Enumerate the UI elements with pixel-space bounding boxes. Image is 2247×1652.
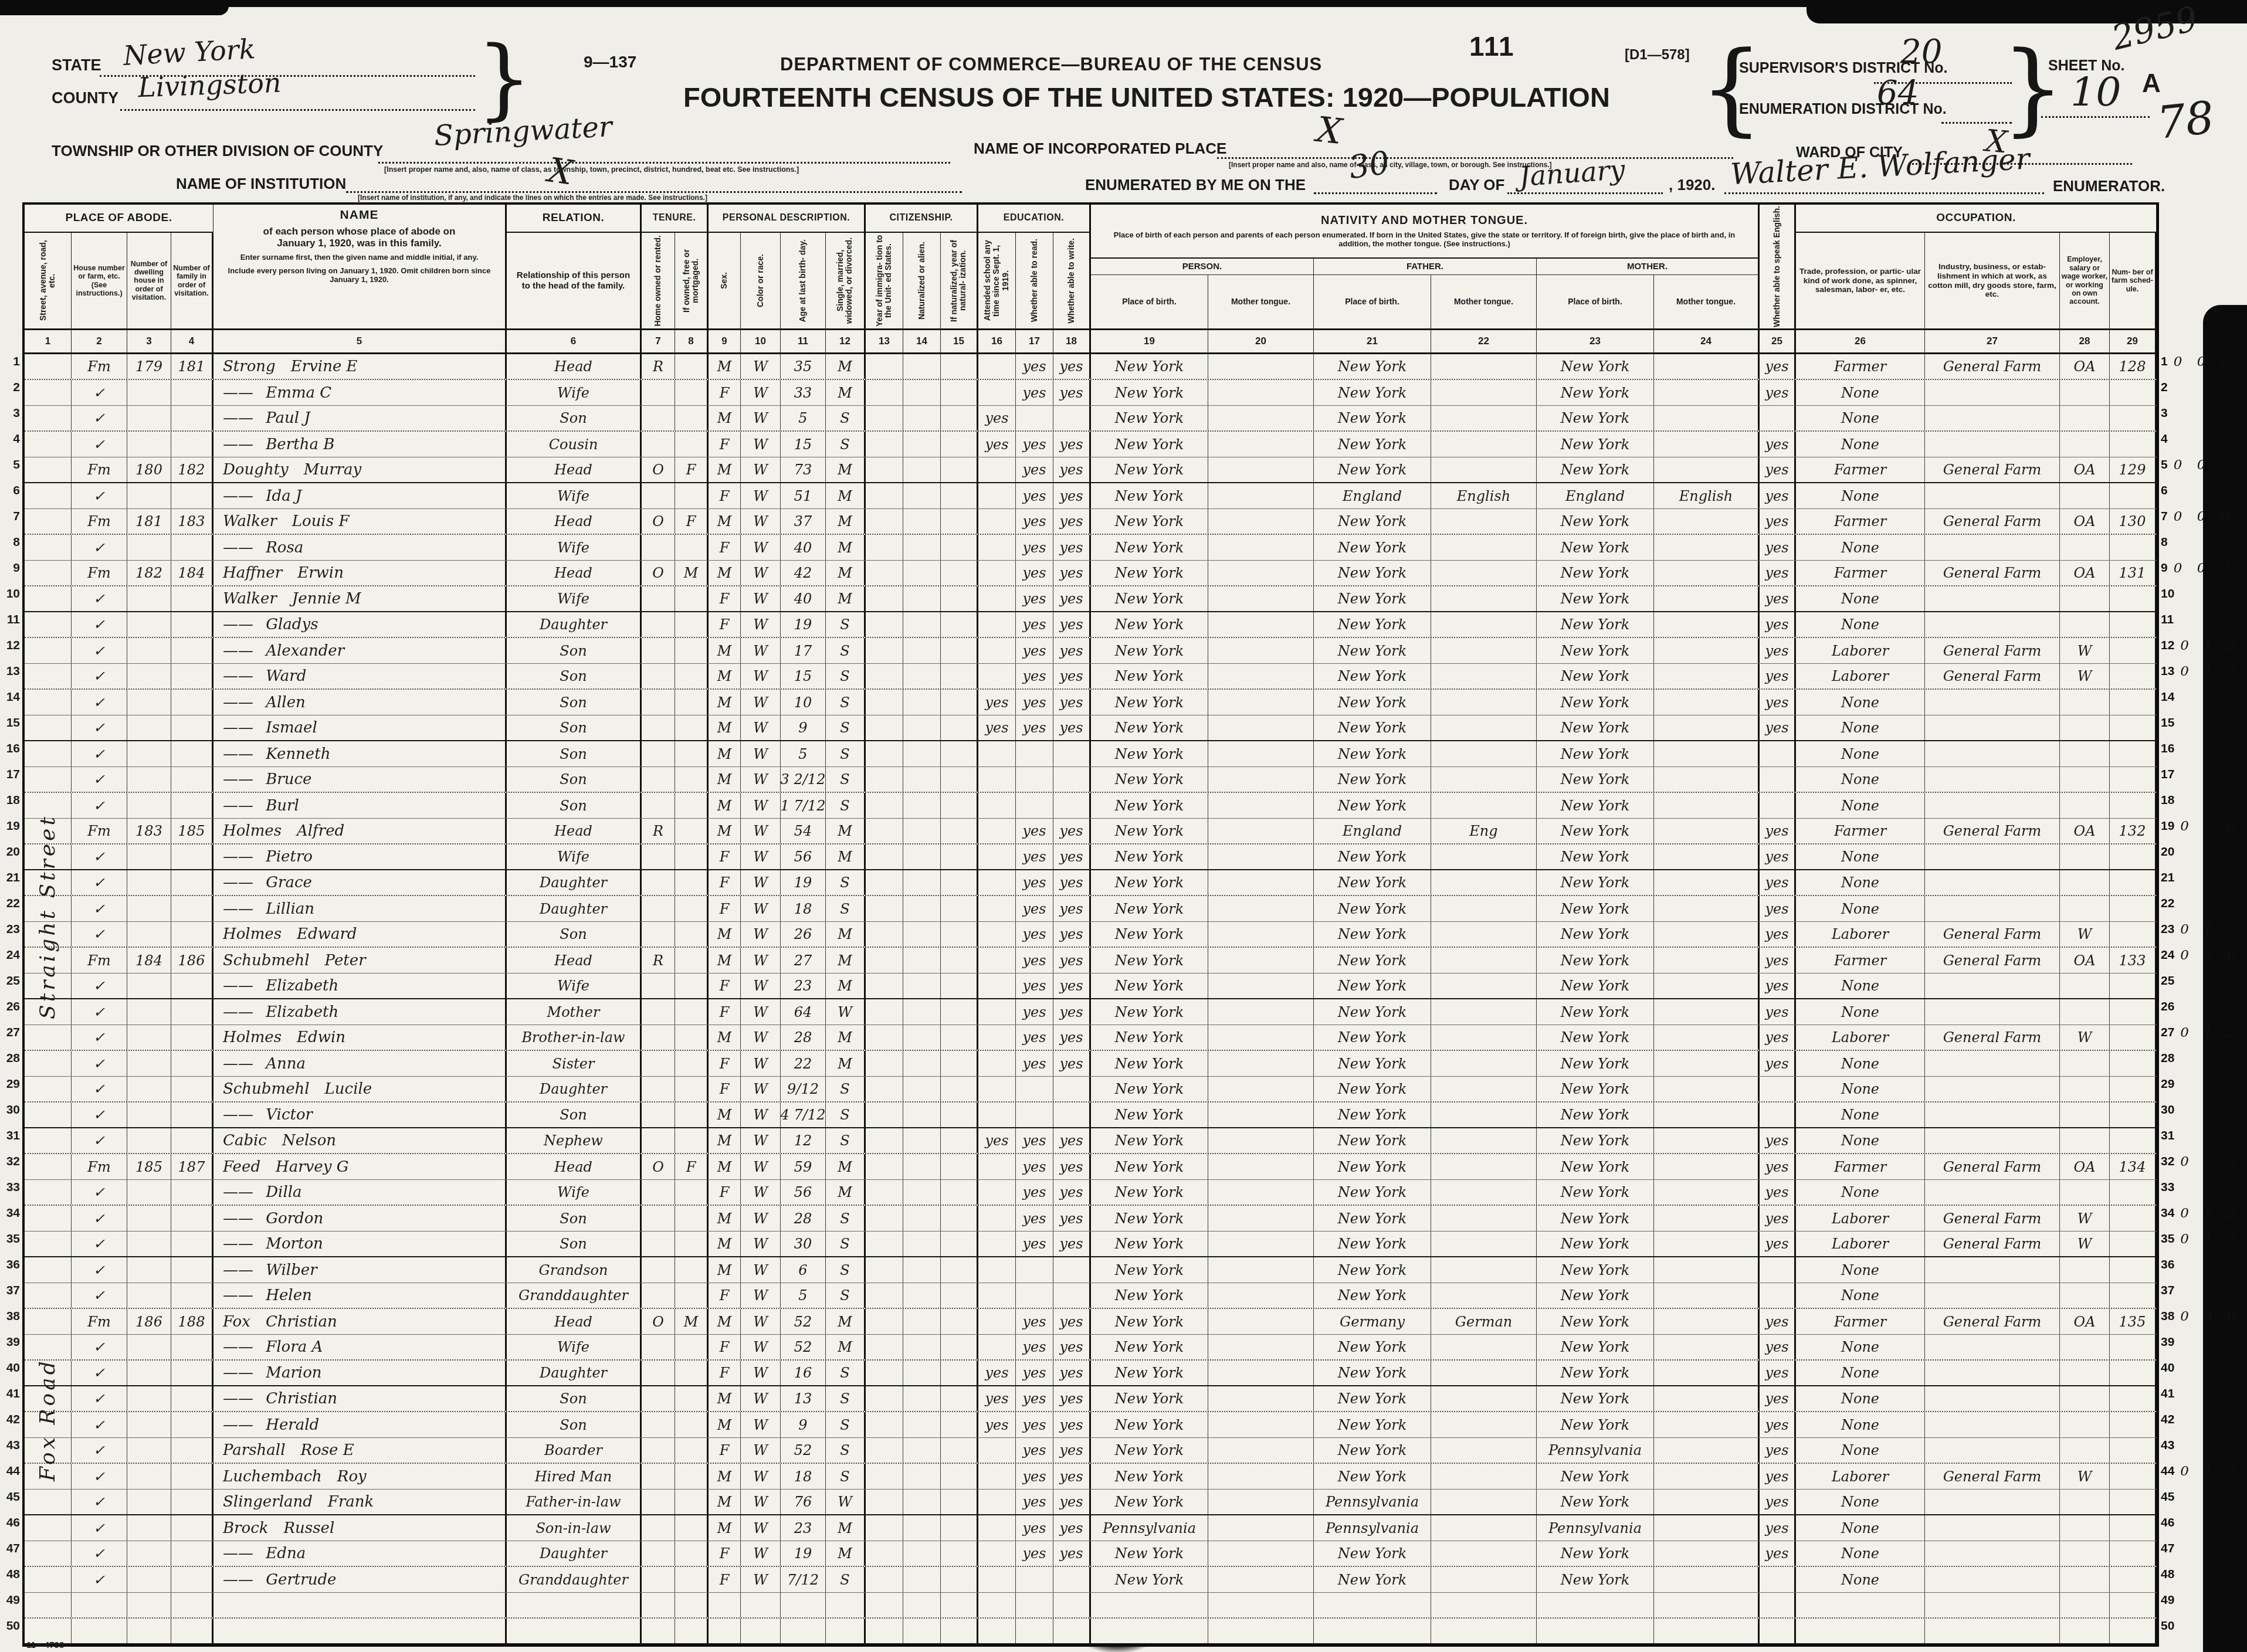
row46-col5: Brock Russel <box>213 1515 507 1541</box>
row32-col24 <box>1654 1154 1760 1179</box>
row40-col20 <box>1208 1361 1314 1385</box>
row22-col22 <box>1431 896 1537 921</box>
column-number-11: 11 <box>781 330 826 352</box>
row50-col20 <box>1208 1619 1314 1643</box>
row37-col16 <box>978 1283 1016 1308</box>
row27-col14 <box>903 1025 941 1050</box>
right-line-number-33: 33 <box>2161 1175 2174 1200</box>
row3-col11: 5 <box>781 406 826 430</box>
row22-col11: 18 <box>781 896 826 921</box>
row14-col5: —— Allen <box>213 690 507 715</box>
row44-col23: New York <box>1537 1464 1654 1489</box>
row28-col1 <box>25 1051 72 1076</box>
row29-col7 <box>642 1077 675 1101</box>
row43-col13 <box>866 1438 903 1463</box>
row46-col10: W <box>741 1515 781 1541</box>
row35-col10: W <box>741 1232 781 1256</box>
row30-col28 <box>2060 1103 2110 1127</box>
row43-col22 <box>1431 1438 1537 1463</box>
row48-col19: New York <box>1091 1567 1208 1592</box>
institution-line <box>346 191 962 193</box>
row10-col13 <box>866 586 903 611</box>
census-row-16: ✓—— KennethSonMW5SNew YorkNew YorkNew Yo… <box>25 741 2157 767</box>
row26-col9: F <box>709 999 741 1025</box>
right-line-number-32: 320 0 0 <box>2161 1149 2241 1175</box>
row26-col10: W <box>741 999 781 1025</box>
row35-col11: 30 <box>781 1232 826 1256</box>
row32-col16 <box>978 1154 1016 1179</box>
row26-col22 <box>1431 999 1537 1025</box>
row35-col16 <box>978 1232 1016 1256</box>
row43-col18: yes <box>1053 1438 1091 1463</box>
row33-col16 <box>978 1180 1016 1205</box>
row28-col24 <box>1654 1051 1760 1076</box>
row2-col9: F <box>709 380 741 405</box>
row5-col27: General Farm <box>1925 457 2060 482</box>
row34-col26: Laborer <box>1796 1206 1925 1231</box>
row7-col8: F <box>675 509 709 534</box>
row17-col21: New York <box>1314 767 1431 792</box>
row20-col9: F <box>709 844 741 869</box>
row19-col6: Head <box>507 819 642 843</box>
row29-col2: ✓ <box>72 1077 127 1101</box>
row38-col18: yes <box>1053 1309 1091 1334</box>
enumerated-day: 30 <box>1347 144 1392 186</box>
row48-col7 <box>642 1567 675 1592</box>
row47-col9: F <box>709 1541 741 1566</box>
row15-col3 <box>127 715 171 740</box>
row32-col9: M <box>709 1154 741 1179</box>
column-number-5: 5 <box>213 330 507 352</box>
row31-col26: None <box>1796 1128 1925 1153</box>
row33-col12: M <box>826 1180 866 1205</box>
row14-col1 <box>25 690 72 715</box>
row42-col25: yes <box>1760 1412 1796 1437</box>
row27-col5: Holmes Edwin <box>213 1025 507 1050</box>
right-line-number-10: 10 <box>2161 581 2174 607</box>
row33-col25: yes <box>1760 1180 1796 1205</box>
row14-col2: ✓ <box>72 690 127 715</box>
row2-col23: New York <box>1537 380 1654 405</box>
incorporated-line <box>1217 157 1733 159</box>
row14-col16: yes <box>978 690 1016 715</box>
row44-col17: yes <box>1016 1464 1053 1489</box>
right-line-number-19: 190 0 0 <box>2161 813 2241 839</box>
row16-col27 <box>1925 741 2060 766</box>
row40-col7 <box>642 1361 675 1385</box>
row21-col15 <box>941 870 978 895</box>
row46-col8 <box>675 1515 709 1541</box>
row32-col3: 185 <box>127 1154 171 1179</box>
census-row-4: ✓—— Bertha BCousinFW15SyesyesyesNew York… <box>25 432 2157 457</box>
row6-col17: yes <box>1016 483 1053 508</box>
row47-col18: yes <box>1053 1541 1091 1566</box>
row6-col7 <box>642 483 675 508</box>
census-row-11: ✓—— GladysDaughterFW19SyesyesNew YorkNew… <box>25 612 2157 638</box>
row34-col23: New York <box>1537 1206 1654 1231</box>
row4-col26: None <box>1796 432 1925 457</box>
row22-col26: None <box>1796 896 1925 921</box>
row10-col28 <box>2060 586 2110 611</box>
census-row-18: ✓—— BurlSonMW1 7/12SNew YorkNew YorkNew … <box>25 793 2157 819</box>
census-row-37: ✓—— HelenGranddaughterFW5SNew YorkNew Yo… <box>25 1283 2157 1309</box>
row34-col27: General Farm <box>1925 1206 2060 1231</box>
row22-col17: yes <box>1016 896 1053 921</box>
census-row-46: ✓Brock RusselSon-in-lawMW23MyesyesPennsy… <box>25 1515 2157 1541</box>
row7-col1 <box>25 509 72 534</box>
row4-col19: New York <box>1091 432 1208 457</box>
row12-col15 <box>941 638 978 663</box>
row25-col3 <box>127 973 171 998</box>
row44-col21: New York <box>1314 1464 1431 1489</box>
row46-col17: yes <box>1016 1515 1053 1541</box>
row2-col29 <box>2110 380 2157 405</box>
left-line-number-46: 46 <box>1 1510 20 1536</box>
row20-col6: Wife <box>507 844 642 869</box>
row35-col18: yes <box>1053 1232 1091 1256</box>
row6-col15 <box>941 483 978 508</box>
row42-col22 <box>1431 1412 1537 1437</box>
row37-col13 <box>866 1283 903 1308</box>
row26-col16 <box>978 999 1016 1025</box>
row18-col25 <box>1760 793 1796 818</box>
row30-col13 <box>866 1103 903 1127</box>
row13-col25: yes <box>1760 664 1796 688</box>
row50-col2 <box>72 1619 127 1643</box>
row18-col8 <box>675 793 709 818</box>
row2-col11: 33 <box>781 380 826 405</box>
row38-col12: M <box>826 1309 866 1334</box>
row2-col27 <box>1925 380 2060 405</box>
row37-col24 <box>1654 1283 1760 1308</box>
row7-col2: Fm <box>72 509 127 534</box>
row4-col14 <box>903 432 941 457</box>
row11-col21: New York <box>1314 612 1431 637</box>
name-title: NAME <box>340 208 379 222</box>
row30-col1 <box>25 1103 72 1127</box>
bottom-print-code: 11—4798 <box>26 1640 64 1650</box>
row24-col16 <box>978 948 1016 973</box>
row15-col10: W <box>741 715 781 740</box>
row4-col20 <box>1208 432 1314 457</box>
row48-col17 <box>1016 1567 1053 1592</box>
row10-col26: None <box>1796 586 1925 611</box>
row8-col10: W <box>741 535 781 560</box>
row6-col20 <box>1208 483 1314 508</box>
row29-col21: New York <box>1314 1077 1431 1101</box>
row28-col21: New York <box>1314 1051 1431 1076</box>
row26-col14 <box>903 999 941 1025</box>
row27-col13 <box>866 1025 903 1050</box>
row41-col17: yes <box>1016 1386 1053 1411</box>
row19-col29: 132 <box>2110 819 2157 843</box>
row11-col15 <box>941 612 978 637</box>
row7-col9: M <box>709 509 741 534</box>
row48-col14 <box>903 1567 941 1592</box>
doc-code: [D1—578] <box>1625 47 1690 63</box>
row9-col11: 42 <box>781 561 826 585</box>
row44-col29 <box>2110 1464 2157 1489</box>
row29-col29 <box>2110 1077 2157 1101</box>
row3-col29 <box>2110 406 2157 430</box>
row10-col21: New York <box>1314 586 1431 611</box>
row16-col7 <box>642 741 675 766</box>
row49-col13 <box>866 1593 903 1617</box>
row44-col16 <box>978 1464 1016 1489</box>
left-line-number-39: 39 <box>1 1329 20 1355</box>
name-note1: Enter surname first, then the given name… <box>240 253 479 262</box>
row44-col13 <box>866 1464 903 1489</box>
row9-col18: yes <box>1053 561 1091 585</box>
group-occupation: OCCUPATION. <box>1796 205 2157 233</box>
row8-col24 <box>1654 535 1760 560</box>
row13-col20 <box>1208 664 1314 688</box>
row40-col17: yes <box>1016 1361 1053 1385</box>
row26-col21: New York <box>1314 999 1431 1025</box>
district-brace-left: { <box>1700 30 1763 147</box>
row18-col12: S <box>826 793 866 818</box>
row22-col16 <box>978 896 1016 921</box>
row11-col19: New York <box>1091 612 1208 637</box>
street-name-lower: Fox Road <box>26 1304 69 1536</box>
row10-col29 <box>2110 586 2157 611</box>
row39-col25: yes <box>1760 1335 1796 1359</box>
row25-col13 <box>866 973 903 998</box>
row29-col26: None <box>1796 1077 1925 1101</box>
row24-col7: R <box>642 948 675 973</box>
col15-header: If naturalized, year of natural- ization… <box>941 233 978 329</box>
row32-col2: Fm <box>72 1154 127 1179</box>
row44-col25: yes <box>1760 1464 1796 1489</box>
row40-col25: yes <box>1760 1361 1796 1385</box>
row14-col10: W <box>741 690 781 715</box>
row19-col18: yes <box>1053 819 1091 843</box>
row20-col3 <box>127 844 171 869</box>
row22-col25: yes <box>1760 896 1796 921</box>
row26-col3 <box>127 999 171 1025</box>
row40-col3 <box>127 1361 171 1385</box>
row33-col23: New York <box>1537 1180 1654 1205</box>
row13-col24 <box>1654 664 1760 688</box>
row3-col26: None <box>1796 406 1925 430</box>
row36-col10: W <box>741 1257 781 1283</box>
row19-col23: New York <box>1537 819 1654 843</box>
row48-col26: None <box>1796 1567 1925 1592</box>
row31-col4 <box>171 1128 213 1153</box>
row8-col21: New York <box>1314 535 1431 560</box>
row25-col20 <box>1208 973 1314 998</box>
census-row-12: ✓—— AlexanderSonMW17SyesyesNew YorkNew Y… <box>25 638 2157 664</box>
row8-col1 <box>25 535 72 560</box>
row15-col2: ✓ <box>72 715 127 740</box>
row16-col8 <box>675 741 709 766</box>
row14-col8 <box>675 690 709 715</box>
row28-col28 <box>2060 1051 2110 1076</box>
row8-col13 <box>866 535 903 560</box>
row26-col28 <box>2060 999 2110 1025</box>
row7-col13 <box>866 509 903 534</box>
row21-col17: yes <box>1016 870 1053 895</box>
row17-col4 <box>171 767 213 792</box>
row22-col21: New York <box>1314 896 1431 921</box>
row48-col27 <box>1925 1567 2060 1592</box>
row30-col27 <box>1925 1103 2060 1127</box>
row8-col20 <box>1208 535 1314 560</box>
row36-col29 <box>2110 1257 2157 1283</box>
row29-col19: New York <box>1091 1077 1208 1101</box>
row14-col21: New York <box>1314 690 1431 715</box>
row32-col23: New York <box>1537 1154 1654 1179</box>
census-sheet: STATE New York COUNTY Livingston } 9—137… <box>0 0 2247 1652</box>
row24-col19: New York <box>1091 948 1208 973</box>
row10-col14 <box>903 586 941 611</box>
col26-header: Trade, profession, or partic- ular kind … <box>1796 233 1925 329</box>
row10-col18: yes <box>1053 586 1091 611</box>
row40-col21: New York <box>1314 1361 1431 1385</box>
row9-col7: O <box>642 561 675 585</box>
row27-col6: Brother-in-law <box>507 1025 642 1050</box>
row22-col24 <box>1654 896 1760 921</box>
row46-col20 <box>1208 1515 1314 1541</box>
row33-col6: Wife <box>507 1180 642 1205</box>
row41-col22 <box>1431 1386 1537 1411</box>
row7-col28: OA <box>2060 509 2110 534</box>
row10-col6: Wife <box>507 586 642 611</box>
row40-col4 <box>171 1361 213 1385</box>
row27-col19: New York <box>1091 1025 1208 1050</box>
row43-col5: Parshall Rose E <box>213 1438 507 1463</box>
census-row-45: ✓Slingerland FrankFather-in-lawMW76Wyesy… <box>25 1490 2157 1515</box>
row35-col24 <box>1654 1232 1760 1256</box>
row42-col21: New York <box>1314 1412 1431 1437</box>
row27-col22 <box>1431 1025 1537 1050</box>
row3-col16: yes <box>978 406 1016 430</box>
row5-col29: 129 <box>2110 457 2157 482</box>
row49-col24 <box>1654 1593 1760 1617</box>
row1-col20 <box>1208 354 1314 379</box>
row3-col7 <box>642 406 675 430</box>
row17-col19: New York <box>1091 767 1208 792</box>
row17-col24 <box>1654 767 1760 792</box>
row25-col15 <box>941 973 978 998</box>
row31-col25: yes <box>1760 1128 1796 1153</box>
row23-col4 <box>171 922 213 947</box>
sheet-letter: A <box>2142 69 2161 99</box>
row19-col25: yes <box>1760 819 1796 843</box>
row8-col9: F <box>709 535 741 560</box>
left-line-number-41: 41 <box>1 1381 20 1407</box>
row37-col5: —— Helen <box>213 1283 507 1308</box>
row2-col5: —— Emma C <box>213 380 507 405</box>
left-line-number-45: 45 <box>1 1484 20 1510</box>
row13-col22 <box>1431 664 1537 688</box>
row45-col28 <box>2060 1490 2110 1514</box>
row27-col23: New York <box>1537 1025 1654 1050</box>
row9-col19: New York <box>1091 561 1208 585</box>
row35-col7 <box>642 1232 675 1256</box>
row50-col9 <box>709 1619 741 1643</box>
row4-col17: yes <box>1016 432 1053 457</box>
left-line-number-8: 8 <box>1 530 20 555</box>
row34-col5: —— Gordon <box>213 1206 507 1231</box>
right-line-number-23: 230 1 2 <box>2161 917 2241 942</box>
group-education: EDUCATION. <box>978 205 1091 233</box>
row34-col14 <box>903 1206 941 1231</box>
row31-col13 <box>866 1128 903 1153</box>
sheet-extra-mark: 78 <box>2155 91 2217 149</box>
row1-col22 <box>1431 354 1537 379</box>
row20-col10: W <box>741 844 781 869</box>
row34-col18: yes <box>1053 1206 1091 1231</box>
row20-col2: ✓ <box>72 844 127 869</box>
row2-col16 <box>978 380 1016 405</box>
row5-col11: 73 <box>781 457 826 482</box>
row31-col17: yes <box>1016 1128 1053 1153</box>
row15-col9: M <box>709 715 741 740</box>
row21-col27 <box>1925 870 2060 895</box>
row13-col19: New York <box>1091 664 1208 688</box>
row7-col12: M <box>826 509 866 534</box>
row4-col1 <box>25 432 72 457</box>
row38-col16 <box>978 1309 1016 1334</box>
row39-col23: New York <box>1537 1335 1654 1359</box>
left-line-number-20: 20 <box>1 839 20 865</box>
row13-col23: New York <box>1537 664 1654 688</box>
col13-header: Year of immigra- tion to the Unit- ed St… <box>866 233 903 329</box>
row28-col9: F <box>709 1051 741 1076</box>
row24-col23: New York <box>1537 948 1654 973</box>
left-line-number-27: 27 <box>1 1020 20 1046</box>
row36-col16 <box>978 1257 1016 1283</box>
row6-col13 <box>866 483 903 508</box>
census-title: FOURTEENTH CENSUS OF THE UNITED STATES: … <box>683 81 1610 113</box>
row27-col10: W <box>741 1025 781 1050</box>
row6-col4 <box>171 483 213 508</box>
row40-col22 <box>1431 1361 1537 1385</box>
row7-col25: yes <box>1760 509 1796 534</box>
row31-col23: New York <box>1537 1128 1654 1153</box>
row27-col24 <box>1654 1025 1760 1050</box>
row44-col7 <box>642 1464 675 1489</box>
row12-col21: New York <box>1314 638 1431 663</box>
row22-col10: W <box>741 896 781 921</box>
row33-col29 <box>2110 1180 2157 1205</box>
row25-col29 <box>2110 973 2157 998</box>
census-row-27: ✓Holmes EdwinBrother-in-lawMW28MyesyesNe… <box>25 1025 2157 1051</box>
row29-col24 <box>1654 1077 1760 1101</box>
row37-col29 <box>2110 1283 2157 1308</box>
row34-col16 <box>978 1206 1016 1231</box>
row37-col23: New York <box>1537 1283 1654 1308</box>
row25-col25: yes <box>1760 973 1796 998</box>
census-row-20: ✓—— PietroWifeFW56MyesyesNew YorkNew Yor… <box>25 844 2157 870</box>
row16-col20 <box>1208 741 1314 766</box>
col12-header: Single, married, widowed, or divorced. <box>826 233 866 329</box>
row27-col8 <box>675 1025 709 1050</box>
row25-col5: —— Elizabeth <box>213 973 507 998</box>
row45-col23: New York <box>1537 1490 1654 1514</box>
census-row-50 <box>25 1619 2157 1644</box>
county-value: Livingston <box>137 67 282 103</box>
row35-col20 <box>1208 1232 1314 1256</box>
row32-col7: O <box>642 1154 675 1179</box>
row26-col7 <box>642 999 675 1025</box>
row3-col27 <box>1925 406 2060 430</box>
row8-col23: New York <box>1537 535 1654 560</box>
row20-col29 <box>2110 844 2157 869</box>
row29-col5: Schubmehl Lucile <box>213 1077 507 1101</box>
row25-col18: yes <box>1053 973 1091 998</box>
